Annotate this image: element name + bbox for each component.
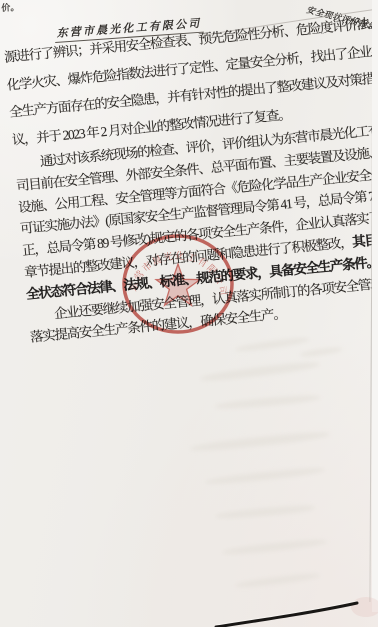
bleed-through-mark — [215, 393, 320, 410]
star-icon — [156, 264, 200, 305]
bleed-through-mark — [215, 504, 315, 521]
bleed-through-mark — [200, 360, 320, 384]
bleed-through-mark — [222, 538, 327, 557]
bleed-through-mark — [205, 466, 325, 486]
scanned-document-page: 价。 安全现状评价报告 东营市晨光化工有限公司 源进行了辨识；并采用安全检查表、… — [0, 0, 378, 627]
red-seal-stamp: 东营市晨光化工有限公司 — [118, 230, 238, 338]
bleed-through-mark — [300, 346, 342, 358]
bleed-through-mark — [235, 336, 310, 353]
bleed-through-mark — [235, 572, 320, 589]
bleed-through-mark — [190, 430, 330, 454]
page-right-edge — [372, 0, 378, 612]
previous-page-fragment: 价。 — [1, 0, 20, 14]
